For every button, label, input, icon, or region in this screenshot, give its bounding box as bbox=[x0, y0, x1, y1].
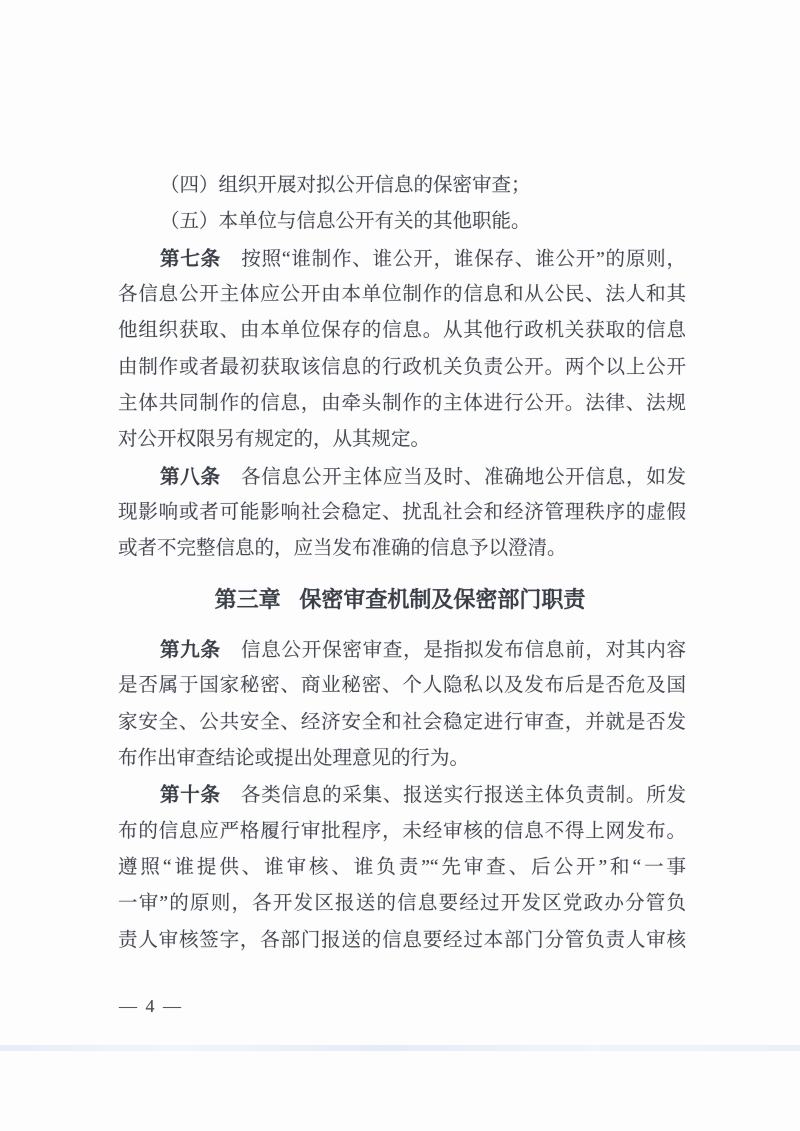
text-line: 或者不完整信息的，应当发布准确的信息予以澄清。 bbox=[118, 531, 686, 567]
text-line: 是否属于国家秘密、商业秘密、个人隐私以及发布后是否危及国 bbox=[118, 668, 686, 704]
content-block-lower: 第九条 信息公开保密审查，是指拟发布信息前，对其内容是否属于国家秘密、商业秘密、… bbox=[118, 632, 686, 959]
text-line: 布作出审查结论或提出处理意见的行为。 bbox=[118, 741, 686, 777]
text-line: 第七条 按照“谁制作、谁公开，谁保存、谁公开”的原则， bbox=[118, 241, 686, 277]
text-line: 一审”的原则，各开发区报送的信息要经过开发区党政办分管负 bbox=[118, 886, 686, 922]
paragraph: （五）本单位与信息公开有关的其他职能。 bbox=[118, 204, 686, 240]
paragraph: 第十条 各类信息的采集、报送实行报送主体负责制。所发布的信息应严格履行审批程序，… bbox=[118, 777, 686, 959]
text-line: 家安全、公共安全、经济安全和社会稳定进行审查，并就是否发 bbox=[118, 705, 686, 741]
text-line: 责人审核签字，各部门报送的信息要经过本部门分管负责人审核 bbox=[118, 923, 686, 959]
text-line: 各信息公开主体应公开由本单位制作的信息和从公民、法人和其 bbox=[118, 277, 686, 313]
text-line: 现影响或者可能影响社会稳定、扰乱社会和经济管理秩序的虚假 bbox=[118, 495, 686, 531]
text-line: 对公开权限另有规定的，从其规定。 bbox=[118, 422, 686, 458]
paragraph: 第九条 信息公开保密审查，是指拟发布信息前，对其内容是否属于国家秘密、商业秘密、… bbox=[118, 632, 686, 777]
scan-artifact-band bbox=[0, 1045, 800, 1051]
article-label: 第八条 bbox=[160, 466, 221, 488]
page-number: — 4 — bbox=[119, 996, 183, 1017]
article-label: 第十条 bbox=[160, 784, 221, 806]
chapter-heading: 第三章保密审查机制及保密部门职责 bbox=[0, 582, 800, 618]
text-line: 布的信息应严格履行审批程序，未经审核的信息不得上网发布。 bbox=[118, 814, 686, 850]
text-line: （四）组织开展对拟公开信息的保密审查； bbox=[118, 168, 686, 204]
text-line: 由制作或者最初获取该信息的行政机关负责公开。两个以上公开 bbox=[118, 350, 686, 386]
paragraph: （四）组织开展对拟公开信息的保密审查； bbox=[118, 168, 686, 204]
text-line: 遵照“谁提供、谁审核、谁负责”“先审查、后公开”和“一事 bbox=[118, 850, 686, 886]
text-line: 第十条 各类信息的采集、报送实行报送主体负责制。所发 bbox=[118, 777, 686, 813]
paragraph: 第八条 各信息公开主体应当及时、准确地公开信息，如发现影响或者可能影响社会稳定、… bbox=[118, 459, 686, 568]
document-page: （四）组织开展对拟公开信息的保密审查；（五）本单位与信息公开有关的其他职能。第七… bbox=[0, 0, 800, 1131]
content-block-upper: （四）组织开展对拟公开信息的保密审查；（五）本单位与信息公开有关的其他职能。第七… bbox=[118, 168, 686, 568]
text-line: 他组织获取、由本单位保存的信息。从其他行政机关获取的信息 bbox=[118, 313, 686, 349]
text-line: 主体共同制作的信息，由牵头制作的主体进行公开。法律、法规 bbox=[118, 386, 686, 422]
text-line: 第八条 各信息公开主体应当及时、准确地公开信息，如发 bbox=[118, 459, 686, 495]
article-label: 第七条 bbox=[160, 248, 221, 270]
chapter-number: 第三章 bbox=[215, 587, 281, 612]
paragraph: 第七条 按照“谁制作、谁公开，谁保存、谁公开”的原则，各信息公开主体应公开由本单… bbox=[118, 241, 686, 459]
text-line: （五）本单位与信息公开有关的其他职能。 bbox=[118, 204, 686, 240]
chapter-title: 保密审查机制及保密部门职责 bbox=[299, 587, 585, 612]
text-line: 第九条 信息公开保密审查，是指拟发布信息前，对其内容 bbox=[118, 632, 686, 668]
article-label: 第九条 bbox=[160, 639, 221, 661]
